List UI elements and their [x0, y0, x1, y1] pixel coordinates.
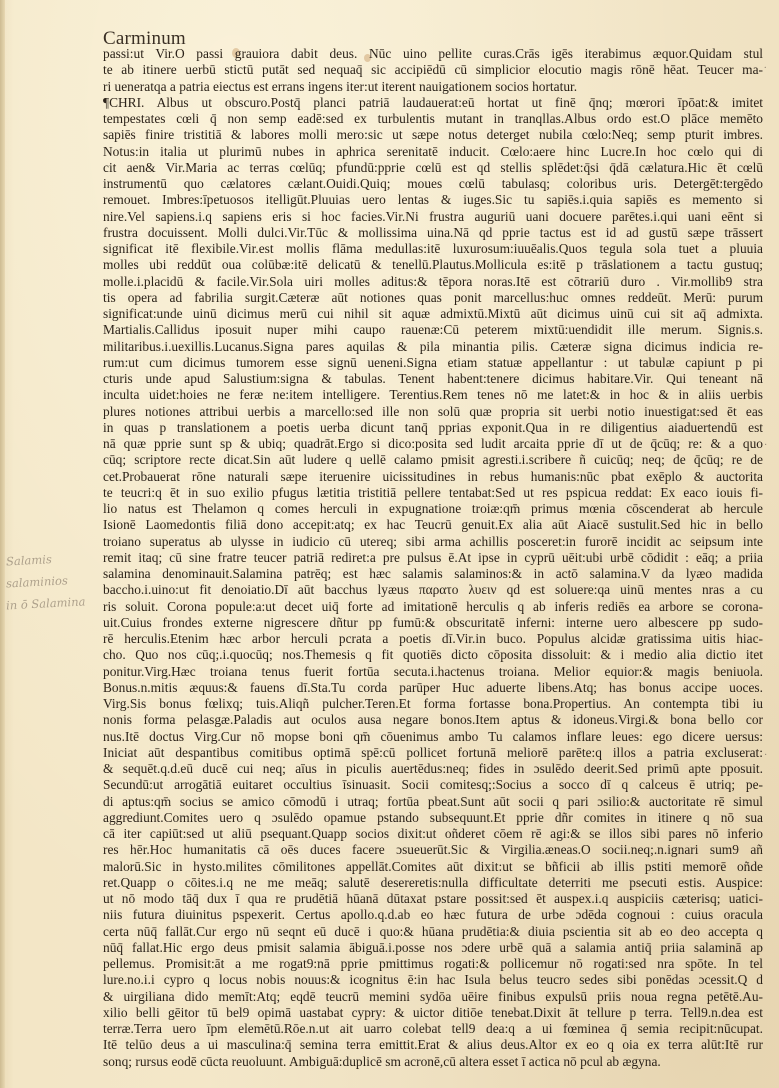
text-line: instrumentū quo cælatores cælant.Ouidi.Q… — [103, 176, 763, 192]
text-line: Iniciat aūt despantibus comitibus optimā… — [103, 745, 763, 761]
text-line: xilio belli gēitor tū bel9 opimā uastaba… — [103, 1005, 763, 1021]
text-line: terræ.Terra uero īpm elemētū.Rōe.n.ut ai… — [103, 1021, 763, 1037]
text-line: aggrediunt.Comites uero q ɔsulēdo opamue… — [103, 810, 763, 826]
margin-mark: · — [764, 440, 767, 451]
text-line: te teucri:q ēt in suo exilio pfugus læti… — [103, 485, 763, 501]
text-line: di aptus:qm̄ socius se amico cōmodū i ut… — [103, 794, 763, 810]
text-line: ris soluit. Corona popule:a:ut decet uiq… — [103, 599, 763, 615]
text-line: uit.Cuius frondes externe nigrescere dñt… — [103, 615, 763, 631]
binding-gutter — [0, 0, 5, 1088]
text-line: & sequēt.q.d.eū ducē cui neq; aīus in pi… — [103, 761, 763, 777]
text-line: & uirgiliana dido memīt:Atq; eqdē teucrū… — [103, 989, 763, 1005]
text-line: troiano superatus ab ulysse in iudicio c… — [103, 534, 763, 550]
text-line: remouet. Imbres:īpetuosos itelligūt.Pluu… — [103, 192, 763, 208]
margin-mark: · — [764, 750, 767, 761]
text-line: Itē telūo deus a ui masculina:q̄ semina … — [103, 1037, 763, 1053]
text-line: inculta uidet:hoies ne feræ ne:item inte… — [103, 387, 763, 403]
text-line: remit itaq; cū sine fratre teucer patriā… — [103, 550, 763, 566]
text-line: frustra docuissent. Molli dulci.Vir.Tūc … — [103, 225, 763, 241]
text-line: lio natus est Thelamon q comes herculi i… — [103, 501, 763, 517]
text-line: ut nō modo tāq̄ dux ī qua re prudētiā hū… — [103, 891, 763, 907]
text-line: cturis unde apud Salustium:signa & tabul… — [103, 371, 763, 387]
text-line: baccho.i.uino:ut fit denoiatio.Dī aūt ba… — [103, 582, 763, 598]
text-line: Notus:in italia ut plurimū nubes in aphr… — [103, 144, 763, 160]
text-line: rum:ut cum dicimus tumorem esse signū ue… — [103, 355, 763, 371]
commentary-text-block: passi:ut Vir.O passi grauiora dabit deus… — [103, 46, 763, 1070]
text-line: nus.Itē doctus Virg.Cur nō mopse boni qm… — [103, 729, 763, 745]
text-line: cho. Quo nos cūq;.i.quocūq; nos.Themesis… — [103, 647, 763, 663]
manuscript-page: Carminum passi:ut Vir.O passi grauiora d… — [0, 0, 779, 1088]
text-line: pellemus. Promisit:āt a me rogat9:nā ppr… — [103, 956, 763, 972]
text-line: te ab itinere uerbū stictū putāt sed neq… — [103, 62, 763, 78]
text-line: molles ubi reddūt oua colūbæ:itē delicat… — [103, 257, 763, 273]
text-line: tis opera ad fabrilia surgit.Cæteræ aūt … — [103, 290, 763, 306]
text-line: ret.Quapp o cōites.i.q ne me meāq; salut… — [103, 875, 763, 891]
text-line: niis futura diuinitus pspexerit. Certus … — [103, 907, 763, 923]
text-line: certa nūq̄ fallāt.Cur ergo nū seqnt eū d… — [103, 924, 763, 940]
text-line: nūq̄ fallat.Hic ergo deus pmisit salamia… — [103, 940, 763, 956]
handwritten-marginalia: Salamissalaminiosin ō Salamina — [6, 548, 102, 614]
text-line: ponitur.Virg.Hæc troiana tenus fuerit fo… — [103, 664, 763, 680]
text-line: cā iter capiūt:sed ut aliū psequant.Quap… — [103, 826, 763, 842]
text-line: cet.Probauerat rōne naturali sæpe iterue… — [103, 469, 763, 485]
margin-mark: . — [764, 60, 767, 71]
text-line: ¶CHRI. Albus ut obscuro.Postq̄ planci pa… — [103, 95, 763, 111]
text-line: malorū.Sic in hysto.milites cōmilitones … — [103, 859, 763, 875]
text-line: Virg.Sis bonus fœlixq; tuis.Aliqñ pulche… — [103, 696, 763, 712]
text-line: res hēr.Hoc humanitatis cā oēs duces fac… — [103, 842, 763, 858]
text-line: lure.no.i.i cypro q locus nobis nouus:& … — [103, 972, 763, 988]
text-line: Bonus.n.mitis æquus:& fauens dī.Sta.Tu c… — [103, 680, 763, 696]
text-line: plures notiones attribui uerbis a marcel… — [103, 404, 763, 420]
text-line: Isionē Laomedontis filiā dono accepit:at… — [103, 517, 763, 533]
text-line: sonq; rursus eodē cūcta reuoluunt. Ambig… — [103, 1054, 763, 1070]
text-line: sapiēs finire tristitiā & labores molli … — [103, 127, 763, 143]
text-line: in quas p translationem a poetis uerba d… — [103, 420, 763, 436]
marginal-note: in ō Salamina — [5, 590, 102, 617]
text-line: rē herculis.Etenim hæc arbor herculi pcr… — [103, 631, 763, 647]
text-line: passi:ut Vir.O passi grauiora dabit deus… — [103, 46, 763, 62]
text-line: nā quæ pprie sunt sp & ubiq; quadrāt.Erg… — [103, 436, 763, 452]
text-line: militaribus.i.uexillis.Lucanus.Signa par… — [103, 339, 763, 355]
text-line: nonis forma pelasgæ.Paladis aut oculos a… — [103, 712, 763, 728]
text-line: cūq; scriptore recte dicat.Sin aūt luder… — [103, 452, 763, 468]
text-line: nire.Vel sapiens.i.q sapiens eris si hoc… — [103, 209, 763, 225]
text-line: significat itē flexibile.Vir.est mollis … — [103, 241, 763, 257]
text-line: Martialis.Callidus iposuit nuper mihi ca… — [103, 322, 763, 338]
text-line: cit aen& Vir.Maria ac terras cœlūq; pfun… — [103, 160, 763, 176]
text-line: tempestates cœli q̄ non semp eadē:sed ex… — [103, 111, 763, 127]
text-line: significat:unde uinū dicimus merū cui ni… — [103, 306, 763, 322]
text-line: molle.i.placidū & facile.Vir.Sola uiri m… — [103, 274, 763, 290]
text-line: Secundū:ut arrogātiā euitaret occultius … — [103, 777, 763, 793]
text-line: salamina denominauit.Salamina patrēq; es… — [103, 566, 763, 582]
text-line: ri ueneratqa a patria eiectus est errans… — [103, 79, 763, 95]
